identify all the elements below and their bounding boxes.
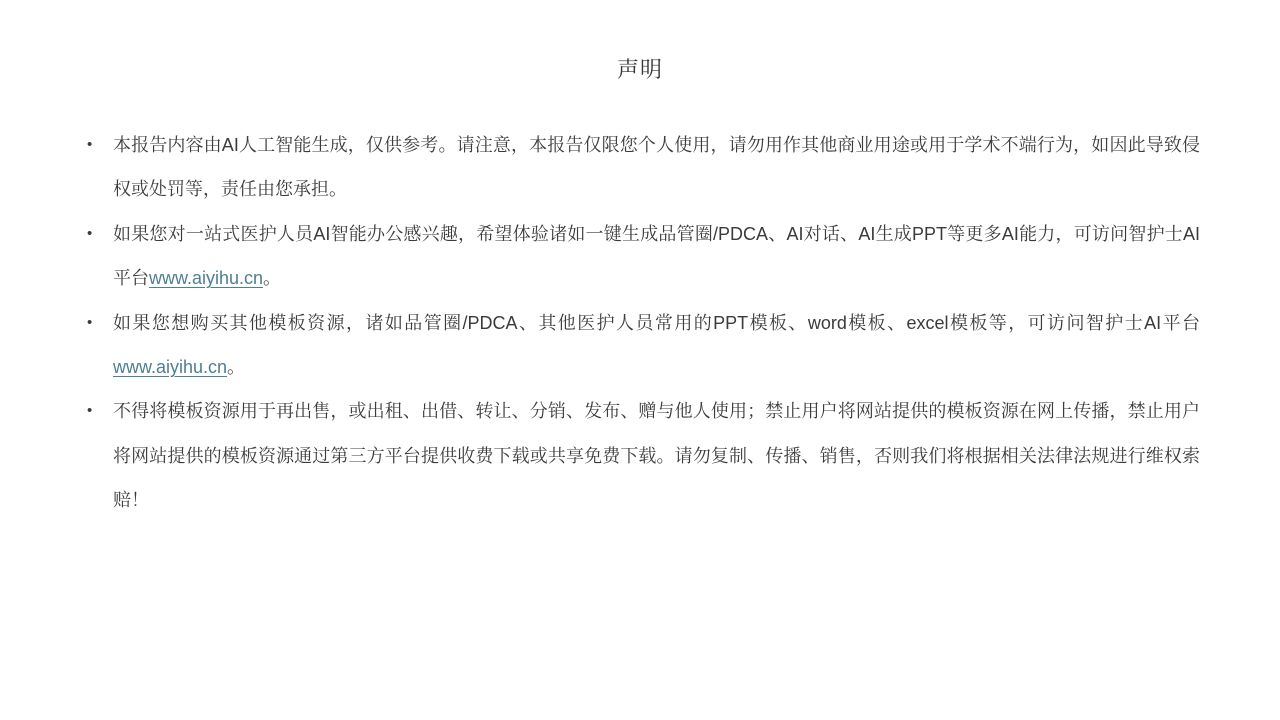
bullet-text: 如果您想购买其他模板资源，诸如品管圈/PDCA、其他医护人员常用的PPT模板、w… <box>113 313 1200 333</box>
aiyihu-link[interactable]: www.aiyihu.cn <box>113 357 227 377</box>
aiyihu-link[interactable]: www.aiyihu.cn <box>149 268 263 288</box>
list-item: 如果您对一站式医护人员AI智能办公感兴趣，希望体验诸如一键生成品管圈/PDCA、… <box>85 212 1200 301</box>
list-item: 如果您想购买其他模板资源，诸如品管圈/PDCA、其他医护人员常用的PPT模板、w… <box>85 301 1200 390</box>
list-item: 本报告内容由AI人工智能生成，仅供参考。请注意，本报告仅限您个人使用，请勿用作其… <box>85 123 1200 212</box>
disclaimer-slide: 声明 本报告内容由AI人工智能生成，仅供参考。请注意，本报告仅限您个人使用，请勿… <box>0 0 1280 720</box>
disclaimer-list: 本报告内容由AI人工智能生成，仅供参考。请注意，本报告仅限您个人使用，请勿用作其… <box>85 123 1200 523</box>
page-title: 声明 <box>0 53 1280 84</box>
bullet-text: 不得将模板资源用于再出售，或出租、出借、转让、分销、发布、赠与他人使用；禁止用户… <box>113 401 1200 510</box>
bullet-text: 。 <box>227 357 245 377</box>
list-item: 不得将模板资源用于再出售，或出租、出借、转让、分销、发布、赠与他人使用；禁止用户… <box>85 389 1200 522</box>
bullet-text: 本报告内容由AI人工智能生成，仅供参考。请注意，本报告仅限您个人使用，请勿用作其… <box>113 135 1200 199</box>
bullet-text: 。 <box>263 268 281 288</box>
